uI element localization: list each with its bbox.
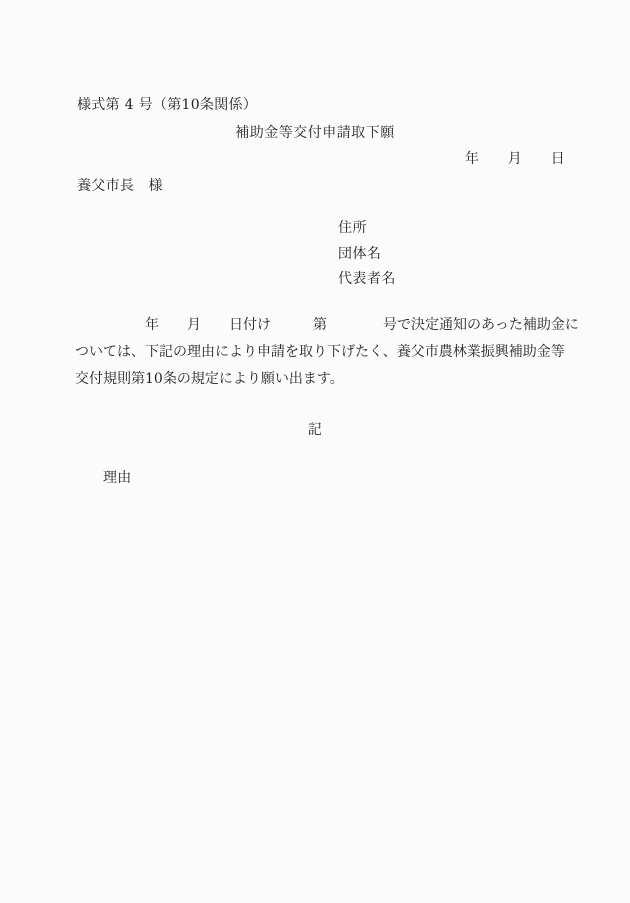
form-number: 様式第 4 号（第10条関係） <box>77 94 257 114</box>
reason-label: 理由 <box>75 467 132 487</box>
document-title: 補助金等交付申請取下願 <box>0 122 630 142</box>
record-heading: 記 <box>0 419 630 439</box>
applicant-organization-label: 団体名 <box>338 242 396 268</box>
applicant-address-label: 住所 <box>338 216 396 242</box>
document-page: 様式第 4 号（第10条関係） 補助金等交付申請取下願 年 月 日 養父市長 様… <box>0 0 630 903</box>
applicant-representative-label: 代表者名 <box>338 267 396 293</box>
body-line-2: ついては、下記の理由により申請を取り下げたく、養父市農林業振興補助金等 <box>75 339 581 366</box>
body-line-1: 年 月 日付け 第 号で決定通知のあった補助金に <box>75 312 581 339</box>
date-line: 年 月 日 <box>465 148 565 168</box>
body-paragraph: 年 月 日付け 第 号で決定通知のあった補助金に ついては、下記の理由により申請… <box>75 312 581 393</box>
body-line-3: 交付規則第10条の規定により願い出ます。 <box>75 366 581 393</box>
addressee-line: 養父市長 様 <box>77 175 163 195</box>
applicant-block: 住所 団体名 代表者名 <box>338 216 396 293</box>
